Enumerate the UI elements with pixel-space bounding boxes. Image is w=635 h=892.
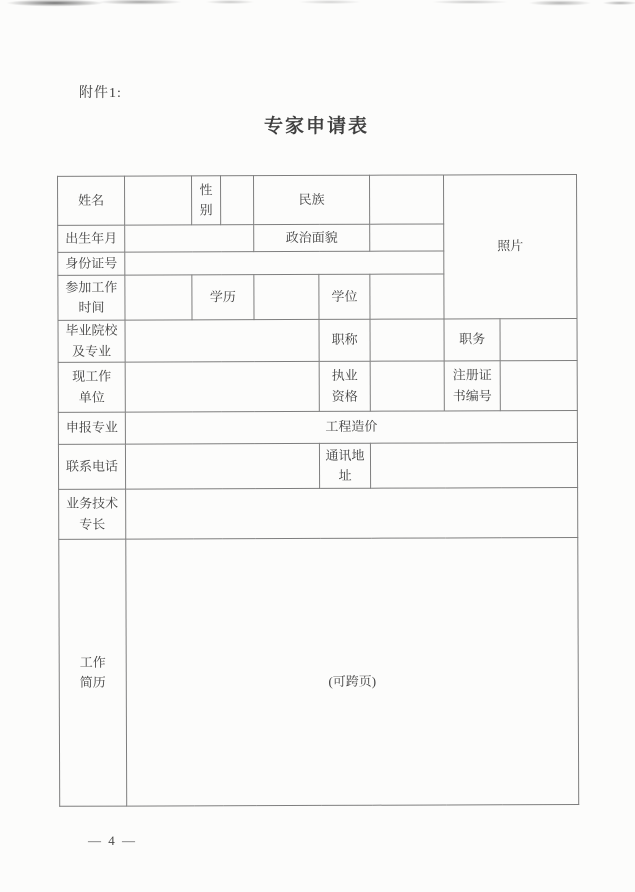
employer-value-cell: [125, 361, 319, 412]
row-declared-major: 申报专业 工程造价: [58, 411, 577, 445]
attachment-label: 附件1:: [79, 82, 122, 102]
position-value-cell: [500, 319, 577, 361]
row-name-gender-ethnicity: 姓名 性 别 民族 照片: [58, 175, 577, 226]
qualification-label: 执业 资格: [319, 361, 370, 411]
declared-major-value-cell: 工程造价: [125, 411, 577, 445]
gender-label: 性 别: [192, 176, 221, 225]
id-number-value-cell: [125, 251, 444, 275]
work-start-value-cell: [125, 275, 192, 320]
address-value-cell: [370, 443, 577, 489]
ethnicity-value-cell: [370, 175, 444, 224]
school-major-label: 毕业院校 及专业: [58, 320, 125, 362]
education-label: 学历: [192, 275, 254, 320]
work-start-label: 参加工作 时间: [58, 275, 125, 320]
resume-label: 工作 简历: [59, 539, 127, 806]
birth-date-label: 出生年月: [58, 225, 125, 252]
birth-date-value-cell: [125, 225, 254, 252]
page-title: 专家申请表: [57, 111, 576, 138]
name-value-cell: [125, 176, 192, 225]
resume-note: (可跨页): [328, 674, 376, 689]
expert-application-form-table: 姓名 性 别 民族 照片 出生年月 政治面貌 身份证号 参加工作 时间 学历 学…: [57, 174, 579, 807]
ethnicity-label: 民族: [254, 175, 370, 224]
skills-label: 业务技术 专长: [59, 489, 126, 539]
employer-label: 现工作 单位: [58, 362, 125, 412]
political-status-label: 政治面貌: [254, 224, 370, 251]
degree-value-cell: [370, 274, 444, 319]
row-employer-qualification-cert: 现工作 单位 执业 资格 注册证 书编号: [58, 361, 577, 413]
scanner-edge-noise: [0, 0, 635, 16]
phone-label: 联系电话: [58, 444, 125, 489]
political-status-value-cell: [370, 224, 444, 251]
degree-label: 学位: [319, 274, 370, 319]
prof-title-value-cell: [370, 319, 444, 361]
education-value-cell: [254, 274, 319, 319]
photo-cell: 照片: [444, 175, 578, 319]
name-label: 姓名: [58, 176, 125, 225]
address-label: 通讯地 址: [319, 443, 370, 488]
row-phone-address: 联系电话 通讯地 址: [58, 443, 577, 490]
row-skills: 业务技术 专长: [59, 487, 578, 539]
id-number-label: 身份证号: [58, 252, 125, 275]
resume-value-cell: (可跨页): [126, 537, 579, 806]
school-major-value-cell: [125, 319, 319, 362]
qualification-value-cell: [370, 361, 444, 411]
cert-number-label: 注册证 书编号: [444, 361, 500, 411]
position-label: 职务: [444, 319, 500, 361]
row-school-title-position: 毕业院校 及专业 职称 职务: [58, 319, 577, 363]
skills-value-cell: [126, 487, 578, 539]
gender-value-cell: [221, 176, 254, 225]
prof-title-label: 职称: [319, 319, 370, 361]
cert-number-value-cell: [500, 361, 577, 411]
declared-major-label: 申报专业: [58, 412, 125, 444]
page-number: — 4 —: [88, 833, 137, 849]
phone-value-cell: [125, 443, 319, 489]
row-resume: 工作 简历 (可跨页): [59, 537, 579, 806]
